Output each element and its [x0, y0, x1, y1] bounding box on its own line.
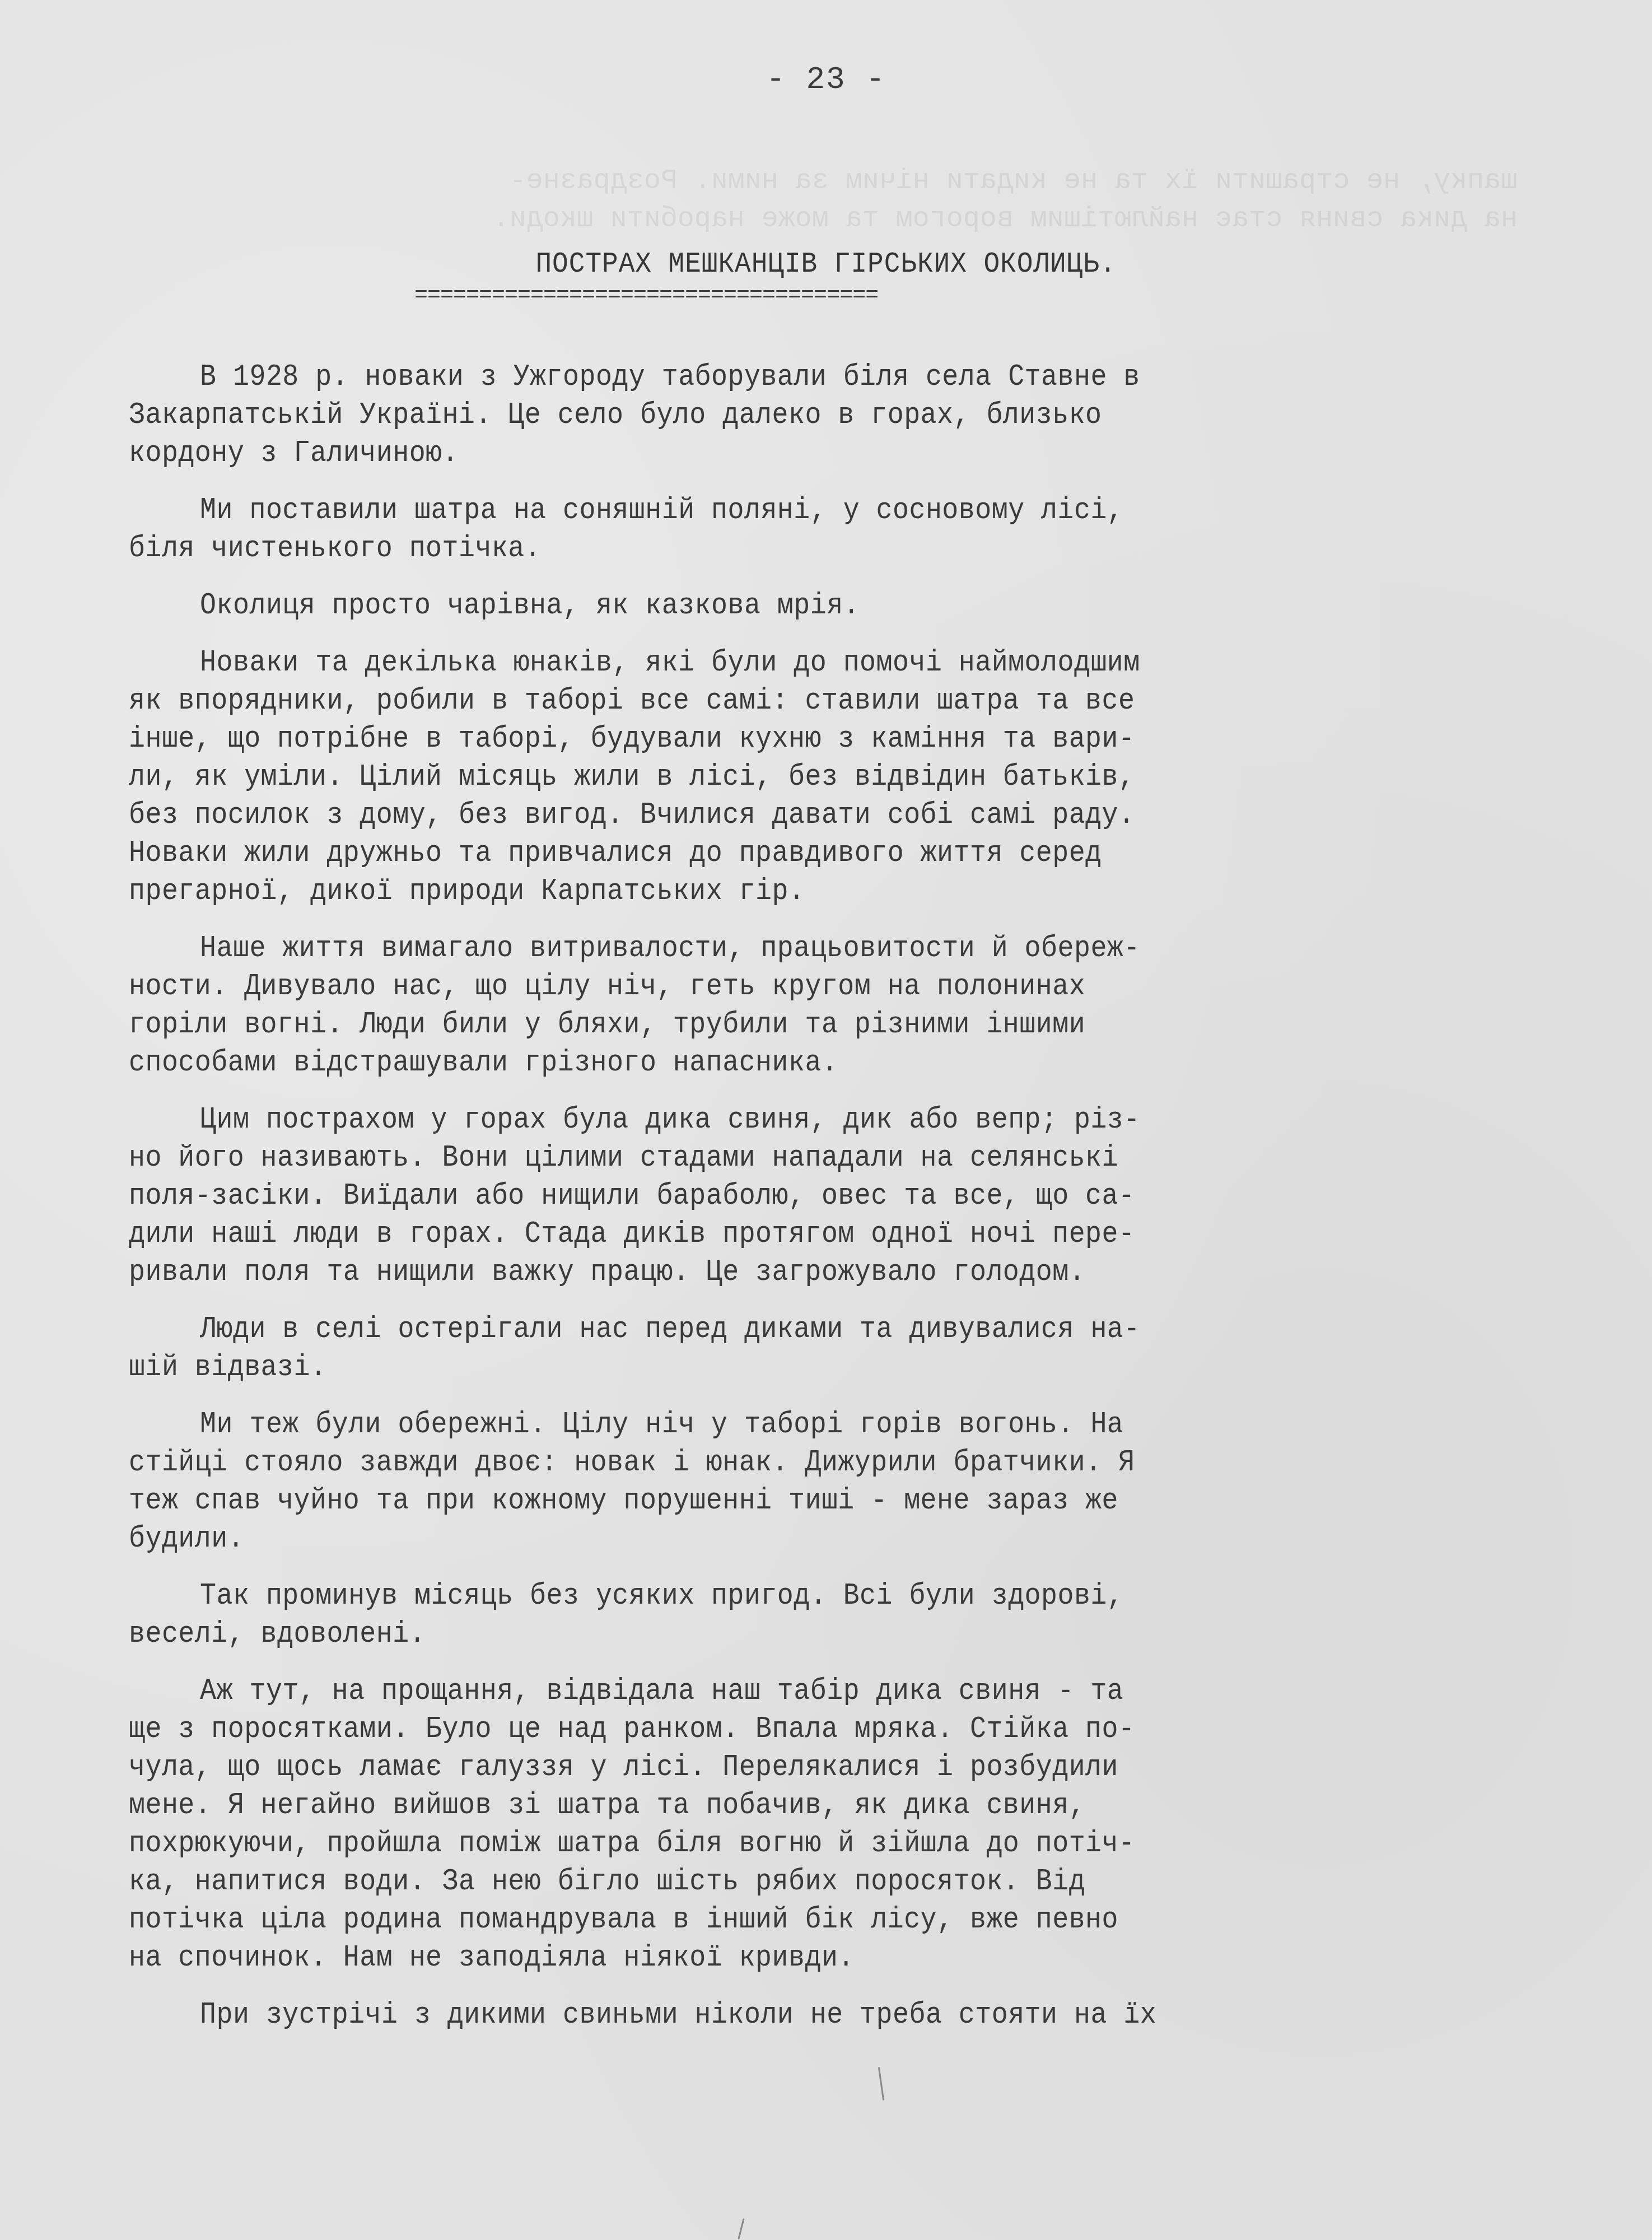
text-line: Ми поставили шатра на соняшній поляні, у… — [129, 492, 1357, 530]
text-line: інше, що потрібне в таборі, будували кух… — [129, 720, 1357, 758]
paragraph: Так проминув місяць без усяких пригод. В… — [129, 1577, 1501, 1654]
text-line: потічка ціла родина помандрувала в інший… — [129, 1901, 1357, 1939]
document-body: В 1928 р. новаки з Ужгороду таборували б… — [129, 358, 1501, 2053]
text-line: дили наші люди в горах. Стада диків прот… — [129, 1216, 1357, 1254]
text-line: Цим пострахом у горах була дика свиня, д… — [129, 1101, 1357, 1139]
text-line: горіли вогні. Люди били у бляхи, трубили… — [129, 1006, 1357, 1044]
text-line: біля чистенького потічка. — [129, 530, 1357, 568]
paragraph: Новаки та декілька юнаків, які були до п… — [129, 644, 1501, 911]
text-line: кордону з Галичиною. — [129, 435, 1357, 473]
text-line: прегарної, дикої природи Карпатських гір… — [129, 873, 1357, 911]
text-line: Аж тут, на прощання, відвідала наш табір… — [129, 1673, 1357, 1711]
paragraph: Люди в селі остерігали нас перед диками … — [129, 1311, 1501, 1387]
page-title: ПОСТРАХ МЕШКАНЦІВ ГІРСЬКИХ ОКОЛИЦЬ. — [66, 248, 1586, 281]
text-line: Закарпатській Україні. Це село було дале… — [129, 397, 1357, 435]
paragraph: При зустрічі з дикими свиньми ніколи не … — [129, 1996, 1501, 2034]
text-line: В 1928 р. новаки з Ужгороду таборували б… — [129, 358, 1357, 397]
text-line: мене. Я негайно вийшов зі шатра та побач… — [129, 1787, 1357, 1825]
text-line: Люди в селі остерігали нас перед диками … — [129, 1311, 1357, 1349]
text-line: чула, що щось ламає галуззя у лісі. Пере… — [129, 1749, 1357, 1787]
text-line: без посилок з дому, без вигод. Вчилися д… — [129, 797, 1357, 835]
text-line: стійці стояло завжди двоє: новак і юнак.… — [129, 1444, 1357, 1482]
text-line: теж спав чуйно та при кожному порушенні … — [129, 1482, 1357, 1520]
text-line: ще з поросятками. Було це над ранком. Вп… — [129, 1711, 1357, 1749]
paragraph: Околиця просто чарівна, як казкова мрія. — [129, 587, 1501, 625]
text-line: поля-засіки. Виїдали або нищили бараболю… — [129, 1177, 1357, 1216]
text-line: Так проминув місяць без усяких пригод. В… — [129, 1577, 1357, 1615]
text-line: Новаки жили дружньо та привчалися до пра… — [129, 835, 1357, 873]
title-underline: ==================================== — [414, 290, 1210, 302]
text-line: Ми теж були обережні. Цілу ніч у таборі … — [129, 1406, 1357, 1444]
text-line: Околиця просто чарівна, як казкова мрія. — [129, 587, 1357, 625]
page-number: - 23 - — [0, 62, 1652, 97]
text-line: ли, як уміли. Цілий місяць жили в лісі, … — [129, 758, 1357, 797]
text-line: Новаки та декілька юнаків, які були до п… — [129, 644, 1357, 682]
text-line: ривали поля та нищили важку працю. Це за… — [129, 1254, 1357, 1292]
text-line: ности. Дивувало нас, що цілу ніч, геть к… — [129, 968, 1357, 1006]
text-line: на спочинок. Нам не заподіяла ніякої кри… — [129, 1939, 1357, 1977]
paragraph: Ми поставили шатра на соняшній поляні, у… — [129, 492, 1501, 568]
text-line: ка, напитися води. За нею бігло шість ря… — [129, 1863, 1357, 1901]
paragraph: Ми теж були обережні. Цілу ніч у таборі … — [129, 1406, 1501, 1558]
paragraph: В 1928 р. новаки з Ужгороду таборували б… — [129, 358, 1501, 473]
text-line: веселі, вдоволені. — [129, 1615, 1357, 1654]
text-line: шій відвазі. — [129, 1349, 1357, 1387]
text-line: способами відстрашували грізного напасни… — [129, 1044, 1357, 1082]
text-line: При зустрічі з дикими свиньми ніколи не … — [129, 1996, 1357, 2034]
paragraph: Наше життя вимагало витривалости, працьо… — [129, 930, 1501, 1082]
text-line: похрюкуючи, пройшла поміж шатра біля вог… — [129, 1825, 1357, 1863]
text-line: як впорядники, робили в таборі все самі:… — [129, 682, 1357, 720]
paragraph: Цим пострахом у горах була дика свиня, д… — [129, 1101, 1501, 1292]
text-line: но його називають. Вони цілими стадами н… — [129, 1139, 1357, 1177]
text-line: будили. — [129, 1520, 1357, 1558]
paragraph: Аж тут, на прощання, відвідала наш табір… — [129, 1673, 1501, 1977]
text-line: Наше життя вимагало витривалости, працьо… — [129, 930, 1357, 968]
